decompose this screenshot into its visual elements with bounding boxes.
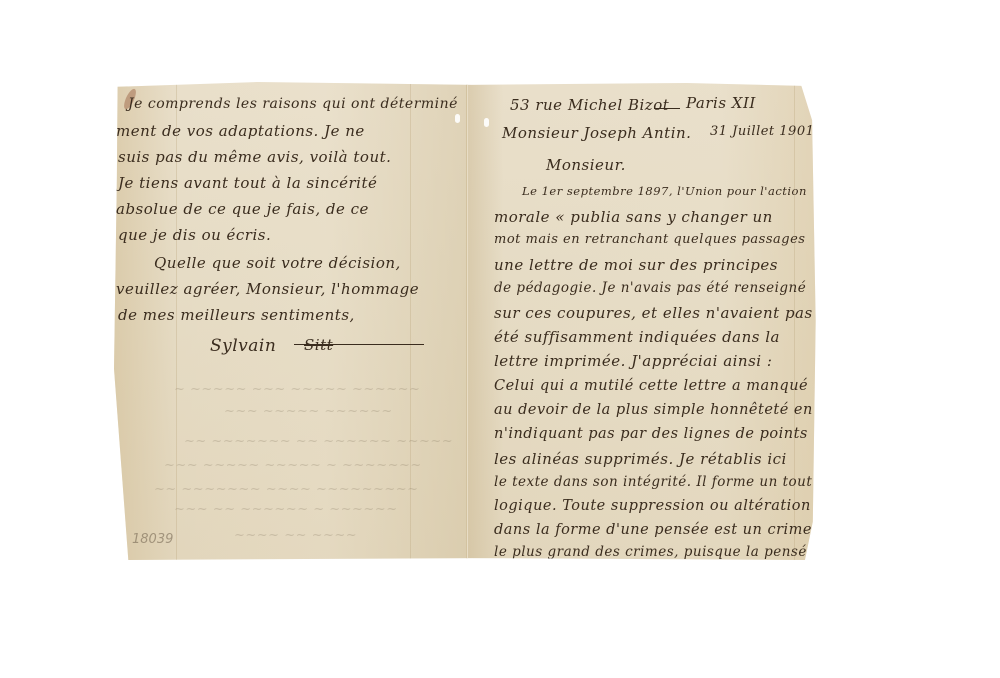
body-line-14: logique. Toute suppression ou altération xyxy=(494,498,811,514)
left-line-3: suis pas du même avis, voilà tout. xyxy=(118,148,391,166)
bleed-through-text: ~~~ ~~ ~~~~~~ ~ ~~~~~~ xyxy=(174,502,398,517)
page-fold xyxy=(466,82,468,560)
signature: Sylvain xyxy=(210,336,276,356)
bleed-through-text: ~~~ ~~~~~ ~~~~~ ~ ~~~~~~~ xyxy=(164,458,422,473)
body-line-11: n'indiquant pas par des lignes de points xyxy=(494,426,808,442)
letter-sheet: ~ ~~~~~ ~~~ ~~~~~ ~~~~~~ ~~~ ~~~~~ ~~~~~… xyxy=(114,82,830,560)
address: 53 rue Michel Bizot xyxy=(510,96,669,114)
bleed-through-text: ~~ ~~~~~~~ ~~~~ ~~~~~~~~~ xyxy=(154,482,419,497)
left-line-4: Je tiens avant tout à la sincérité xyxy=(118,174,377,192)
body-line-16: le plus grand des crimes, puisque la pen… xyxy=(494,544,815,560)
bleed-through-text: ~ ~~~~~ ~~~ ~~~~~ ~~~~~~ xyxy=(174,382,420,397)
binding-hole xyxy=(484,118,489,127)
body-line-10: au devoir de la plus simple honnêteté en xyxy=(494,402,813,418)
body-line-7: été suffisamment indiquées dans la xyxy=(494,328,780,346)
city: Paris XII xyxy=(686,94,756,112)
salutation: Monsieur. xyxy=(546,156,626,174)
body-line-12: les alinéas supprimés. Je rétablis ici xyxy=(494,450,787,468)
bleed-through-text: ~~~ ~~~~~ ~~~~~~ xyxy=(224,404,393,419)
recipient: Monsieur Joseph Antin. xyxy=(502,124,691,142)
left-line-1: Je comprends les raisons qui ont détermi… xyxy=(128,96,458,112)
left-line-6: que je dis ou écris. xyxy=(118,226,271,244)
body-line-6: sur ces coupures, et elles n'avaient pas xyxy=(494,304,813,322)
binding-hole xyxy=(455,114,460,123)
signature-stroke xyxy=(294,344,424,345)
body-line-13: le texte dans son intégrité. Il forme un… xyxy=(494,474,812,490)
closing-line-3: de mes meilleurs sentiments, xyxy=(118,306,355,324)
closing-line-2: veuillez agréer, Monsieur, l'hommage xyxy=(116,280,419,298)
body-line-2: morale « publia sans y changer un xyxy=(494,208,773,226)
left-line-5: absolue de ce que je fais, de ce xyxy=(116,200,369,218)
body-line-5: de pédagogie. Je n'avais pas été renseig… xyxy=(494,280,806,296)
bleed-through-text: ~~~~ ~~ ~~~~ xyxy=(234,528,357,543)
body-line-15: dans la forme d'une pensée est un crime xyxy=(494,522,812,538)
body-line-1: Le 1er septembre 1897, l'Union pour l'ac… xyxy=(522,184,807,198)
bleed-through-text: ~~ ~~~~~~~ ~~ ~~~~~~ ~~~~~ xyxy=(184,434,453,449)
letter-date: 31 Juillet 1901 xyxy=(710,124,814,139)
closing-line-1: Quelle que soit votre décision, xyxy=(154,254,401,272)
body-line-8: lettre imprimée. J'appréciai ainsi : xyxy=(494,352,772,370)
body-line-3: mot mais en retranchant quelques passage… xyxy=(494,232,805,247)
body-line-9: Celui qui a mutilé cette lettre a manqué xyxy=(494,378,808,394)
signature-struck: Sitt xyxy=(304,336,333,354)
address-underline xyxy=(654,108,680,109)
body-line-4: une lettre de moi sur des principes xyxy=(494,256,778,274)
left-line-2: ment de vos adaptations. Je ne xyxy=(116,122,365,140)
inventory-number: 18039 xyxy=(132,532,173,547)
